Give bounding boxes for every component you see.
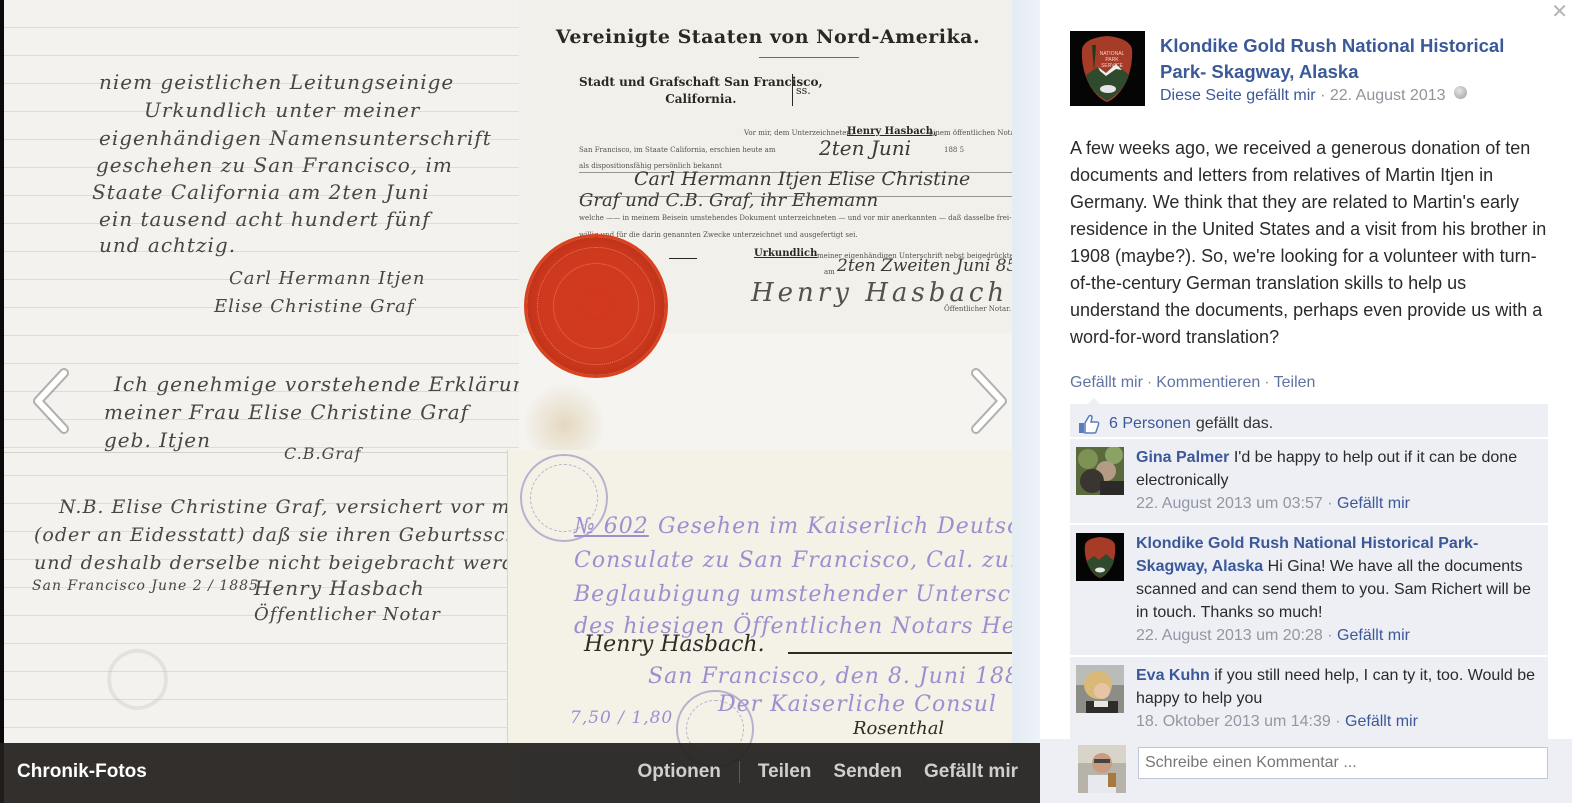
feedback-section: 6 Personen gefällt das. Gina Palmer I'd … xyxy=(1070,404,1548,741)
svg-text:SERVICE: SERVICE xyxy=(1101,63,1124,69)
comment-input[interactable] xyxy=(1138,747,1548,779)
globe-icon[interactable] xyxy=(1454,86,1467,99)
post-meta: Diese Seite gefällt mir · 22. August 201… xyxy=(1160,86,1467,105)
separator: · xyxy=(1264,374,1269,391)
likes-count-link[interactable]: 6 Personen xyxy=(1109,415,1191,433)
like-page-link[interactable]: Diese Seite gefällt mir xyxy=(1160,87,1316,104)
comment-meta: 22. August 2013 um 20:28 · Gefällt mir xyxy=(1136,624,1540,647)
consulate-note: № 602 Gesehen im Kaiserlich Deutschen Co… xyxy=(507,450,1037,750)
comment: Gina Palmer I'd be happy to help out if … xyxy=(1070,439,1548,523)
separator: · xyxy=(1335,713,1340,730)
separator: · xyxy=(1147,374,1152,391)
likes-suffix: gefällt das. xyxy=(1196,415,1273,433)
handwriting-line: und achtzig. xyxy=(99,233,236,257)
certificate-handwriting: Graf und C.B. Graf, ihr Ehemann xyxy=(579,190,878,211)
comment-timestamp[interactable]: 18. Oktober 2013 um 14:39 xyxy=(1136,713,1331,730)
handwriting-line: meiner Frau Elise Christine Graf xyxy=(104,400,469,424)
share-link[interactable]: Teilen xyxy=(1274,374,1316,391)
album-link[interactable]: Chronik-Fotos xyxy=(17,761,147,783)
certificate-text: welche —— in meinem Beisein umstehendes … xyxy=(579,214,1011,222)
letter-signature: Carl Hermann Itjen xyxy=(229,268,425,289)
comment: Klondike Gold Rush National Historical P… xyxy=(1070,525,1548,655)
letter-signature: Elise Christine Graf xyxy=(214,296,415,317)
certificate-urkundlich: Urkundlich xyxy=(754,248,817,259)
handwriting-line: niem geistlichen Leitungseinige xyxy=(99,70,454,94)
share-button[interactable]: Teilen xyxy=(758,761,812,783)
handwriting-line: San Francisco June 2 / 1885 xyxy=(32,578,259,594)
certificate-place: Stadt und Grafschaft San Francisco, Cali… xyxy=(579,74,823,108)
comment-composer xyxy=(1040,739,1572,803)
post-text: A few weeks ago, we received a generous … xyxy=(1070,135,1555,351)
separator: · xyxy=(1320,87,1325,104)
photo-actions: Optionen Teilen Senden Gefällt mir xyxy=(638,761,1019,783)
separator: · xyxy=(1327,495,1332,512)
handwriting-line: geb. Itjen xyxy=(104,428,211,452)
handwriting-line: eigenhändigen Namensunterschrift xyxy=(99,126,492,150)
handwriting-line: ein tausend acht hundert fünf xyxy=(99,207,431,231)
handwriting-line: Staate California am 2ten Juni xyxy=(92,180,430,204)
note-line: Beglaubigung umstehender Unterschrift xyxy=(574,582,1040,607)
comment-timestamp[interactable]: 22. August 2013 um 03:57 xyxy=(1136,495,1323,512)
divider xyxy=(759,57,859,58)
avatar xyxy=(1078,745,1126,793)
certificate-handwriting: 2ten Zweiten Juni 85 xyxy=(837,256,1017,276)
separator: · xyxy=(1327,627,1332,644)
handwriting-line: Ich genehmige vorstehende Erklärung xyxy=(114,372,540,396)
comment-like-link[interactable]: Gefällt mir xyxy=(1345,713,1418,730)
certificate-signature: Henry Hasbach xyxy=(751,278,1008,308)
note-fees: 7,50 / 1,80 xyxy=(570,708,673,728)
certificate-handwriting: 2ten Juni xyxy=(819,136,911,160)
handwriting-line: C.B.Graf xyxy=(284,444,362,463)
certificate-handwriting: Carl Hermann Itjen Elise Christine xyxy=(634,168,970,190)
certificate-ss: ss. xyxy=(796,84,811,97)
comment: Eva Kuhn if you still need help, I can t… xyxy=(1070,657,1548,741)
comment-timestamp[interactable]: 22. August 2013 um 20:28 xyxy=(1136,627,1323,644)
note-signature: Henry Hasbach. xyxy=(584,632,765,657)
handwriting-line: Öffentlicher Notar xyxy=(254,604,441,625)
divider xyxy=(739,761,740,783)
handwritten-letter: niem geistlichen Leitungseinige Urkundli… xyxy=(4,0,519,803)
comment-like-link[interactable]: Gefällt mir xyxy=(1337,495,1410,512)
wax-seal xyxy=(527,237,665,375)
comment-author[interactable]: Gina Palmer xyxy=(1136,449,1229,466)
comment-author[interactable]: Eva Kuhn xyxy=(1136,667,1210,684)
note-line: Gesehen im Kaiserlich Deutschen xyxy=(658,514,1040,539)
comment-meta: 18. Oktober 2013 um 14:39 · Gefällt mir xyxy=(1136,710,1540,733)
like-post-link[interactable]: Gefällt mir xyxy=(1070,374,1143,391)
brace xyxy=(789,74,793,106)
certificate-role: Öffentlicher Notar. xyxy=(944,305,1011,313)
nps-arrowhead-icon: NATIONAL PARK SERVICE xyxy=(1070,31,1145,106)
photo-edge xyxy=(1012,0,1040,803)
avatar[interactable] xyxy=(1076,665,1124,713)
handwriting-line: geschehen zu San Francisco, im xyxy=(96,153,453,177)
note-consul-signature: Rosenthal xyxy=(853,718,944,739)
likes-summary: 6 Personen gefällt das. xyxy=(1070,404,1548,437)
comment-link[interactable]: Kommentieren xyxy=(1156,374,1260,391)
handwriting-line: Urkundlich unter meiner xyxy=(144,98,420,122)
paper-fold xyxy=(4,452,519,453)
note-place-date: San Francisco, den 8. Juni 1885 xyxy=(648,664,1035,689)
note-line: Consulate zu San Francisco, Cal. zur xyxy=(574,548,1021,573)
note-line: Der Kaiserliche Consul xyxy=(718,692,997,717)
like-button[interactable]: Gefällt mir xyxy=(924,761,1018,783)
avatar[interactable] xyxy=(1076,533,1124,581)
page-avatar[interactable]: NATIONAL PARK SERVICE xyxy=(1070,31,1145,106)
post-date[interactable]: 22. August 2013 xyxy=(1330,87,1446,104)
photo-viewer: niem geistlichen Leitungseinige Urkundli… xyxy=(0,0,1040,803)
previous-photo-button[interactable] xyxy=(28,367,74,435)
form-line xyxy=(669,258,697,259)
form-line xyxy=(788,652,1013,654)
handwriting-line: Henry Hasbach xyxy=(254,576,425,600)
options-button[interactable]: Optionen xyxy=(638,761,721,783)
post-panel: ✕ NATIONAL PARK SERVICE Klondike Gold Ru… xyxy=(1040,0,1572,803)
comment-like-link[interactable]: Gefällt mir xyxy=(1337,627,1410,644)
avatar[interactable] xyxy=(1076,447,1124,495)
comment-meta: 22. August 2013 um 03:57 · Gefällt mir xyxy=(1136,492,1540,515)
next-photo-button[interactable] xyxy=(966,367,1012,435)
comment-body: Eva Kuhn if you still need help, I can t… xyxy=(1136,664,1540,710)
photo-action-bar: Chronik-Fotos Optionen Teilen Senden Gef… xyxy=(0,743,1040,803)
page-name-link[interactable]: Klondike Gold Rush National Historical P… xyxy=(1160,33,1550,85)
certificate-place-line: California. xyxy=(579,91,823,108)
certificate-text: am xyxy=(824,268,835,276)
caret xyxy=(1088,398,1100,404)
certificate-title: Vereinigte Staaten von Nord-Amerika. xyxy=(519,26,1017,48)
certificate-place-line: Stadt und Grafschaft San Francisco, xyxy=(579,74,823,91)
chevron-right-icon xyxy=(966,367,1012,435)
certificate-text: 188 5 xyxy=(944,146,964,154)
photo[interactable]: niem geistlichen Leitungseinige Urkundli… xyxy=(4,0,1040,803)
post-actions: Gefällt mir·Kommentieren·Teilen xyxy=(1070,374,1315,392)
close-icon[interactable]: ✕ xyxy=(1551,2,1568,22)
embossed-stamp: ◯ xyxy=(104,640,169,710)
comment-body: Gina Palmer I'd be happy to help out if … xyxy=(1136,446,1540,492)
comment-body: Klondike Gold Rush National Historical P… xyxy=(1136,532,1540,624)
note-number: № 602 xyxy=(574,514,649,539)
chevron-left-icon xyxy=(28,367,74,435)
certificate-text: San Francisco, im Staate California, ers… xyxy=(579,146,775,154)
certificate-text: willig und für die darin genannten Zweck… xyxy=(579,231,858,239)
send-button[interactable]: Senden xyxy=(833,761,902,783)
thumbs-up-icon xyxy=(1078,414,1100,434)
